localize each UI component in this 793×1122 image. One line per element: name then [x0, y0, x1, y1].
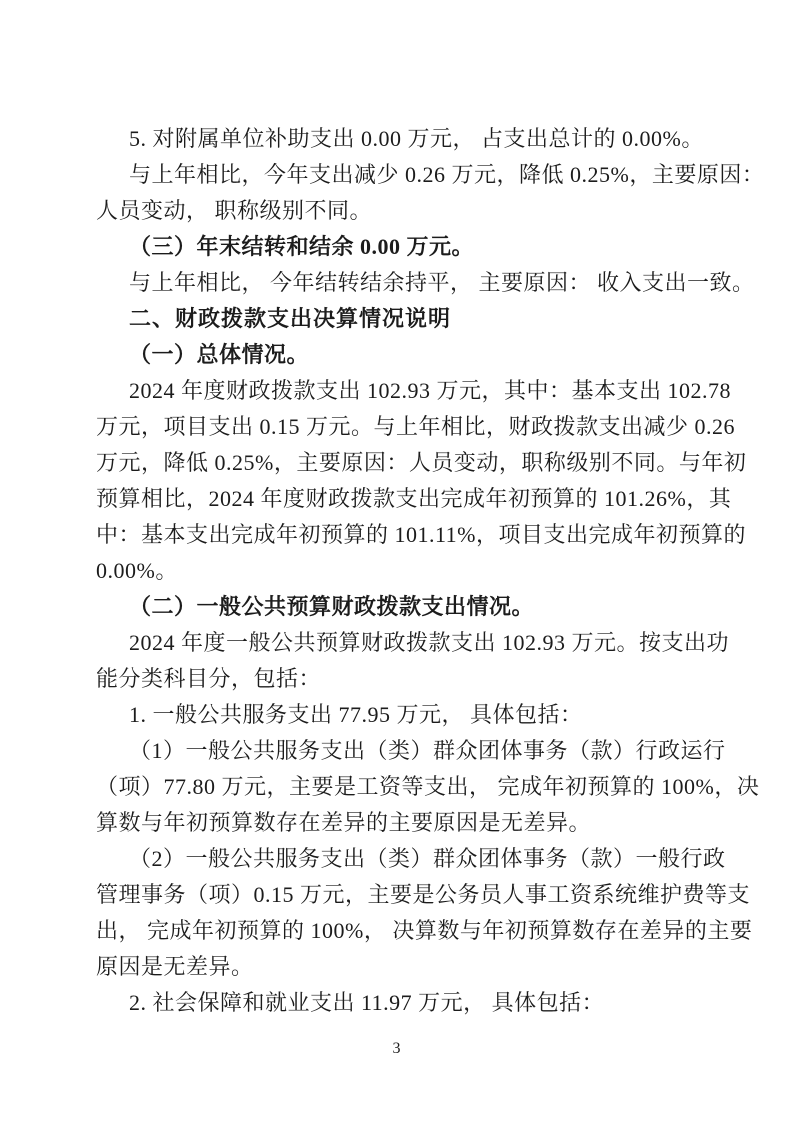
subsection-heading-3: （三）年末结转和结余 0.00 万元。 — [96, 229, 706, 265]
text-line: 万元，项目支出 0.15 万元。与上年相比，财政拨款支出减少 0.26 — [96, 409, 706, 445]
text-line: 原因是无差异。 — [96, 949, 706, 985]
document-body: 5. 对附属单位补助支出 0.00 万元， 占支出总计的 0.00%。 与上年相… — [96, 121, 706, 1021]
text-line: 2. 社会保障和就业支出 11.97 万元， 具体包括： — [96, 985, 706, 1021]
text-line: 人员变动， 职称级别不同。 — [96, 193, 706, 229]
text-line: 预算相比，2024 年度财政拨款支出完成年初预算的 101.26%，其 — [96, 481, 706, 517]
text-line: 出， 完成年初预算的 100%， 决算数与年初预算数存在差异的主要 — [96, 913, 706, 949]
text-line: 算数与年初预算数存在差异的主要原因是无差异。 — [96, 805, 706, 841]
text-line: 能分类科目分，包括： — [96, 661, 706, 697]
text-line: 2024 年度财政拨款支出 102.93 万元，其中：基本支出 102.78 — [96, 373, 706, 409]
text-line: 0.00%。 — [96, 553, 706, 589]
text-line: 中：基本支出完成年初预算的 101.11%，项目支出完成年初预算的 — [96, 517, 706, 553]
text-line: 管理事务（项）0.15 万元，主要是公务员人事工资系统维护费等支 — [96, 877, 706, 913]
subsection-heading-2: （二）一般公共预算财政拨款支出情况。 — [96, 589, 706, 625]
subsection-heading-1: （一）总体情况。 — [96, 337, 706, 373]
text-line: 5. 对附属单位补助支出 0.00 万元， 占支出总计的 0.00%。 — [96, 121, 706, 157]
text-line: （1）一般公共服务支出（类）群众团体事务（款）行政运行 — [96, 733, 706, 769]
section-heading-2: 二、财政拨款支出决算情况说明 — [96, 301, 706, 337]
text-line: 与上年相比，今年支出减少 0.26 万元，降低 0.25%，主要原因： — [96, 157, 706, 193]
text-line: 1. 一般公共服务支出 77.95 万元， 具体包括： — [96, 697, 706, 733]
text-line: （项）77.80 万元，主要是工资等支出， 完成年初预算的 100%，决 — [96, 769, 706, 805]
text-line: 与上年相比， 今年结转结余持平， 主要原因： 收入支出一致。 — [96, 265, 706, 301]
text-line: 2024 年度一般公共预算财政拨款支出 102.93 万元。按支出功 — [96, 625, 706, 661]
page-number: 3 — [0, 1038, 793, 1060]
text-line: （2）一般公共服务支出（类）群众团体事务（款）一般行政 — [96, 841, 706, 877]
document-page: 5. 对附属单位补助支出 0.00 万元， 占支出总计的 0.00%。 与上年相… — [0, 0, 793, 1122]
text-line: 万元，降低 0.25%，主要原因：人员变动，职称级别不同。与年初 — [96, 445, 706, 481]
